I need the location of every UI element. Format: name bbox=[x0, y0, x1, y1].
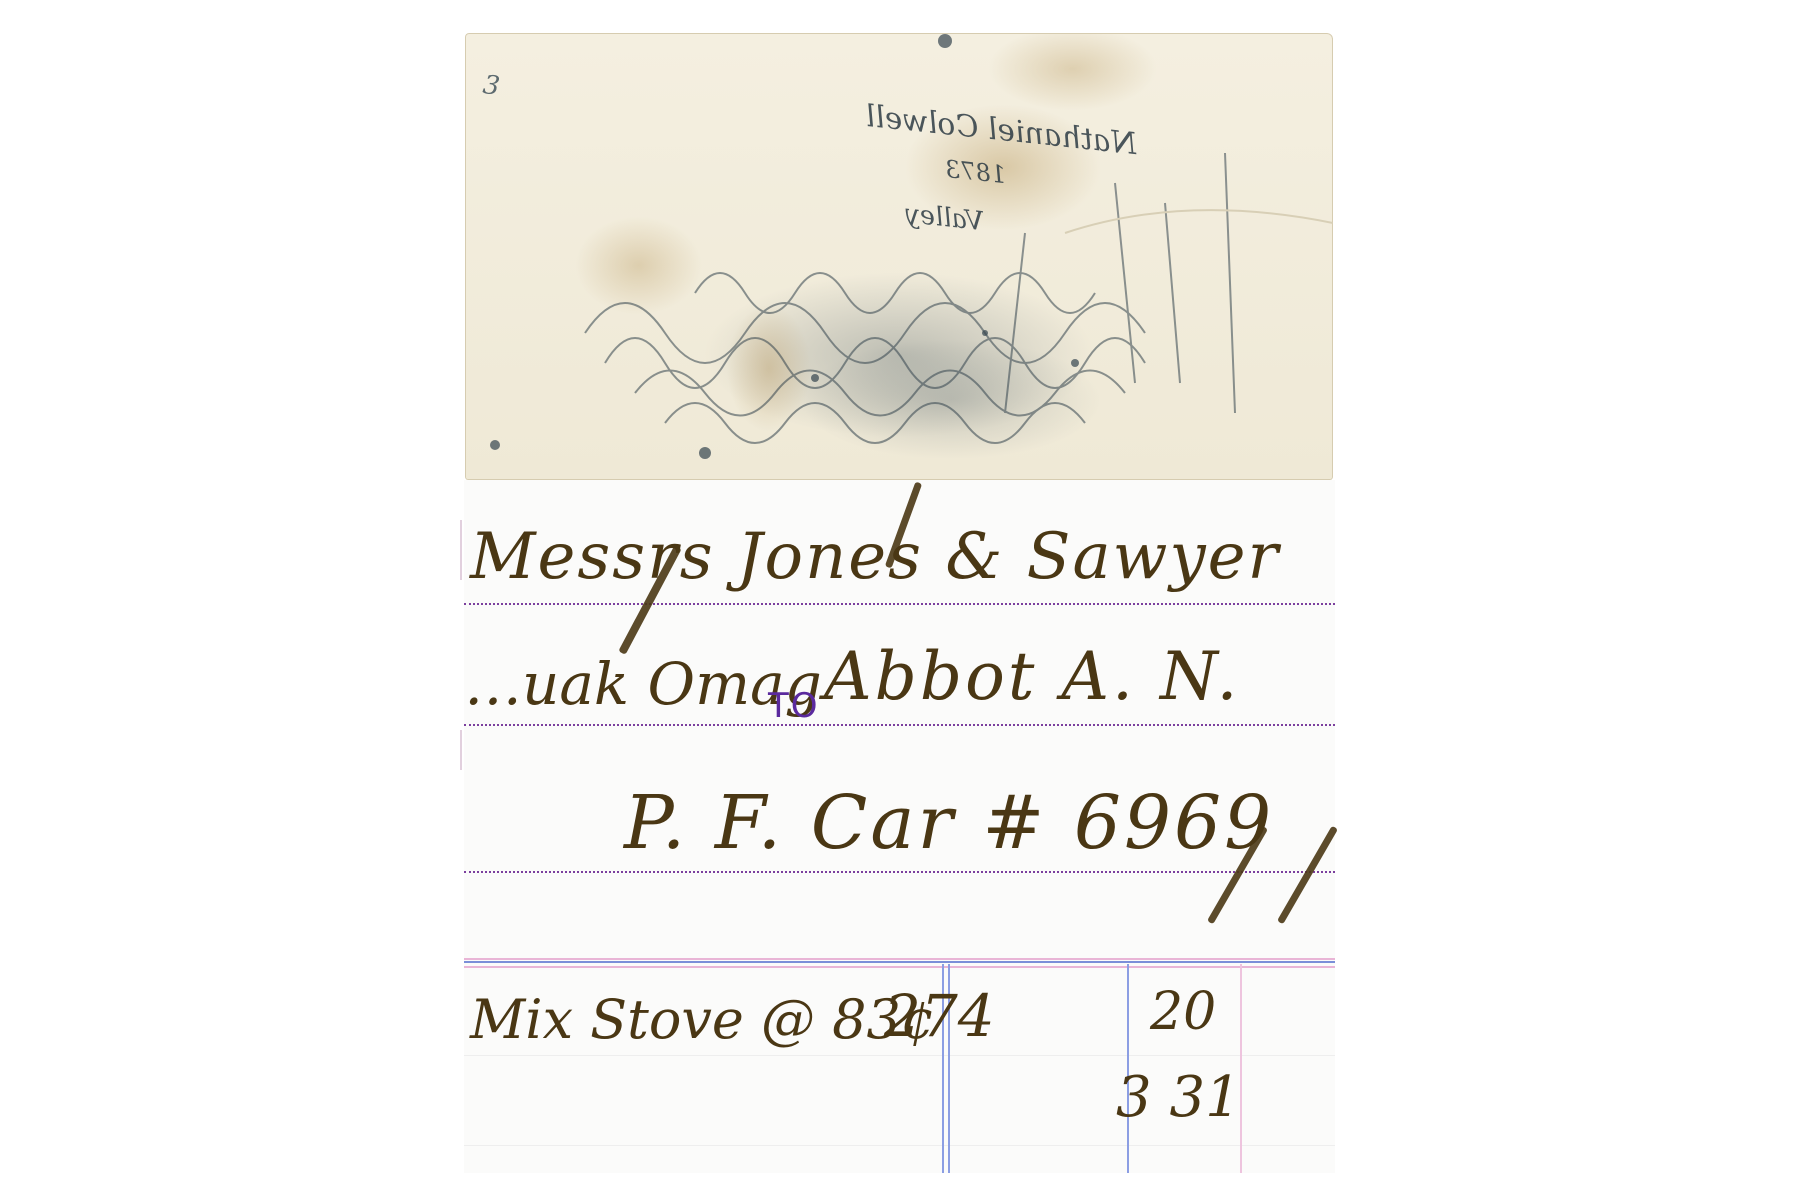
second-amount-cents: 31 bbox=[1169, 1065, 1240, 1130]
ruled-line bbox=[464, 603, 1335, 605]
payee-line: Abbot A. N. bbox=[824, 638, 1241, 715]
pen-flourish bbox=[1277, 826, 1338, 925]
ruled-line bbox=[464, 724, 1335, 726]
line-item-amount: 274 bbox=[884, 982, 995, 1050]
faint-rule bbox=[464, 1055, 1335, 1056]
second-amount: 3 31 bbox=[1116, 1065, 1241, 1130]
addressee-line: Messrs Jones & Sawyer bbox=[470, 520, 1280, 594]
margin-mark bbox=[460, 520, 462, 580]
line-item-cents: 20 bbox=[1150, 982, 1216, 1042]
printed-to-label: TO bbox=[768, 686, 820, 726]
ink-scribble-texture bbox=[465, 33, 1333, 480]
faint-rule bbox=[464, 1145, 1335, 1146]
reference-line: P. F. Car # 6969 bbox=[624, 780, 1274, 866]
ledger-bill: Messrs Jones & Sawyer …uak Omag TO Abbot… bbox=[464, 480, 1335, 1173]
ruled-line bbox=[464, 871, 1335, 873]
stained-card-verso: 3 Nathaniel Colwell 1873 Valley bbox=[465, 33, 1333, 480]
line-item-description: Mix Stove @ 83¢ bbox=[470, 988, 935, 1051]
second-amount-dollars: 3 bbox=[1116, 1065, 1152, 1130]
margin-mark bbox=[460, 730, 462, 770]
ledger-header-rule bbox=[464, 958, 1335, 968]
